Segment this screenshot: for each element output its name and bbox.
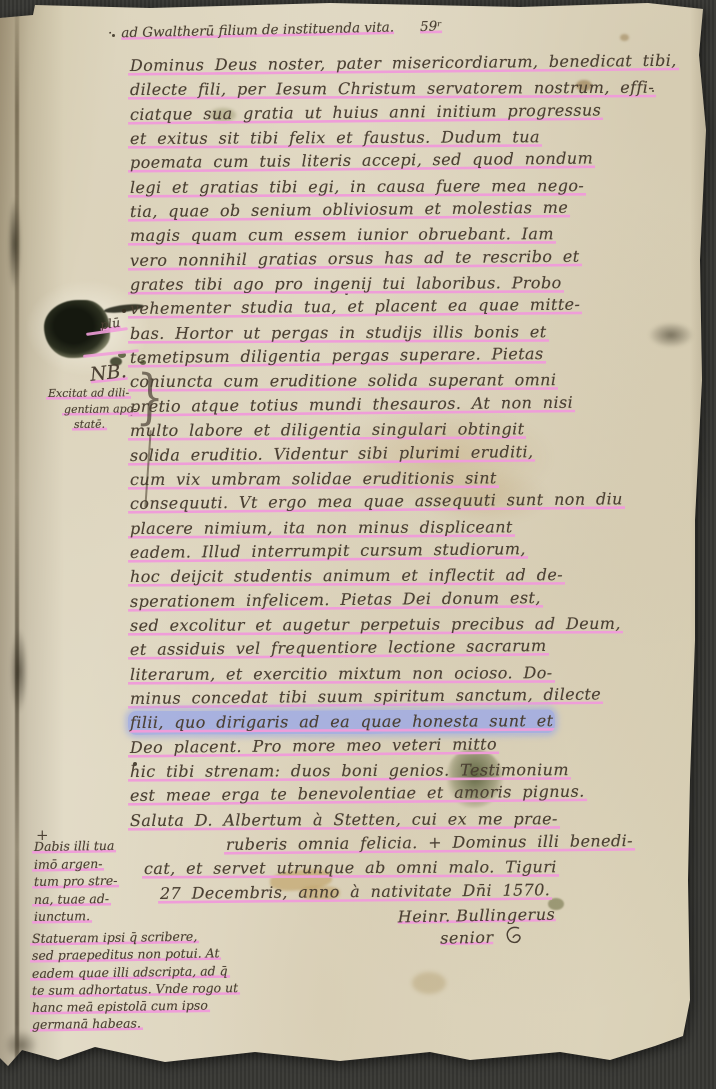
margin-note-text: iunctum. <box>32 907 92 925</box>
binding-gutter-shadow <box>0 0 64 1089</box>
letter-body: Dominus Deus noster, pater misericordiar… <box>128 54 703 906</box>
line-text: multo labore et diligentia singulari obt… <box>128 417 527 443</box>
header-title: ad Gwaltherū filium de instituenda vita. <box>121 20 394 42</box>
manuscript-line: minus concedat tibi suum spiritum sanctu… <box>128 687 703 711</box>
brace-mark: } <box>135 362 165 432</box>
margin-note-line: na, tuae ad- <box>32 891 144 909</box>
ink-dot <box>122 309 126 313</box>
header-bullet: · <box>108 25 113 41</box>
manuscript-line: placere nimium, ita non minus displicean… <box>128 517 703 541</box>
line-text: minus concedat tibi suum spiritum sanctu… <box>128 682 603 711</box>
margin-note-line: Dabis illi tua <box>32 838 144 856</box>
margin-note-text: imō argen- <box>32 854 105 873</box>
line-text: Deo placent. Pro more meo veteri mitto <box>128 732 499 760</box>
margin-note-text: gentiam apo- <box>62 401 139 417</box>
margin-note-line: imō argen- <box>32 856 144 874</box>
margin-note-text: na, tuae ad- <box>32 889 111 908</box>
line-text: consequuti. Vt ergo mea quae assequuti s… <box>128 487 625 516</box>
signature-rank: senior <box>440 928 494 948</box>
margin-note-text: germanā habeas. <box>30 1015 143 1034</box>
folio-number: 59ʳ <box>420 19 442 35</box>
margin-note-line: germanā habeas. <box>30 1016 255 1033</box>
line-text: ruberis omnia felicia. + Dominus illi be… <box>224 829 635 857</box>
line-text: vehementer studia tua, et placent ea qua… <box>128 293 583 322</box>
crease-dark-streak <box>8 198 21 290</box>
line-text: Saluta D. Albertum à Stetten, cui ex me … <box>128 807 560 833</box>
manuscript-line: cat, et servet utrunque ab omni malo. Ti… <box>128 857 703 881</box>
margin-note-text: sed praepeditus non potui. At <box>30 945 222 965</box>
faint-stain <box>412 972 446 994</box>
line-text: pretio atque totius mundi thesauros. At … <box>128 391 575 420</box>
manuscript-line: Deo placent. Pro more meo veteri mitto <box>128 736 703 760</box>
brown-spot <box>620 34 629 41</box>
manuscript-line: ruberis omnia felicia. + Dominus illi be… <box>128 833 703 857</box>
line-text: sed excolitur et augetur perpetuis preci… <box>128 612 623 639</box>
line-text: poemata cum tuis literis accepi, sed quo… <box>128 147 595 176</box>
line-text: solida eruditio. Videntur sibi plurimi e… <box>128 440 536 468</box>
signature-name: Heinr. Bullingerus <box>398 905 556 927</box>
fold-crease <box>15 0 19 1089</box>
signature-block: Heinr. Bullingerus senior <box>398 905 556 955</box>
margin-note-line: tum pro stre- <box>32 873 144 891</box>
manuscript-line: coniuncta cum eruditione solida superant… <box>128 370 703 394</box>
manuscript-line: solida eruditio. Videntur sibi plurimi e… <box>128 444 703 468</box>
margin-note-text: statē. <box>72 417 107 433</box>
manuscript-line: dilecte fili, per Iesum Christum servato… <box>128 78 703 102</box>
manuscript-line: temetipsum diligentia pergas superare. P… <box>128 346 703 370</box>
manuscript-line: 27 Decembris, anno à nativitate Dn̄i 157… <box>128 882 703 906</box>
margin-note-text: hanc meā epistolā cum ipso <box>30 997 210 1017</box>
line-text: et assiduis vel frequentiore lectione sa… <box>128 634 549 662</box>
manuscript-page: ·ad Gwaltherū filium de instituenda vita… <box>0 0 716 1089</box>
margin-insertion-note: Dabis illi tuaimō argen-tum pro stre-na,… <box>32 838 144 926</box>
manuscript-line: poemata cum tuis literis accepi, sed quo… <box>128 151 703 175</box>
margin-note-text: tum pro stre- <box>32 872 120 891</box>
margin-postscript-note: Statueram ipsi q̄ scribere,sed praepedit… <box>30 930 255 1034</box>
nb-label: NB. <box>89 360 128 386</box>
paper-wrapper: ·ad Gwaltherū filium de instituenda vita… <box>0 0 716 1089</box>
margin-note-text: Excitat ad dili- <box>46 385 131 401</box>
crease-dark-blob <box>10 628 28 714</box>
corner-smudge <box>4 1030 38 1060</box>
line-text: vero nonnihil gratias orsus has ad te re… <box>128 244 582 273</box>
paraph-flourish-icon <box>503 924 525 952</box>
line-text: ciatque sua gratia ut huius anni initium… <box>128 98 603 127</box>
manuscript-line: pretio atque totius mundi thesauros. At … <box>128 395 703 419</box>
line-text: Dominus Deus noster, pater misericordiar… <box>128 49 679 79</box>
manuscript-line: vehementer studia tua, et placent ea qua… <box>128 297 703 321</box>
manuscript-line: vero nonnihil gratias orsus has ad te re… <box>128 249 703 273</box>
manuscript-line: consequuti. Vt ergo mea quae assequuti s… <box>128 492 703 516</box>
manuscript-line: ciatque sua gratia ut huius anni initium… <box>128 103 703 127</box>
manuscript-line: filii, quo dirigaris ad ea quae honesta … <box>128 711 703 735</box>
manuscript-line: magis quam cum essem iunior obruebant. I… <box>128 224 703 248</box>
manuscript-line: est meae erga te benevolentiae et amoris… <box>128 784 703 808</box>
line-text: tia, quae ob senium obliviosum et molest… <box>128 196 570 225</box>
manuscript-line: eadem. Illud interrumpit cursum studioru… <box>128 541 703 565</box>
manuscript-line: et assiduis vel frequentiore lectione sa… <box>128 638 703 662</box>
manuscript-line: Dominus Deus noster, pater misericordiar… <box>128 54 703 78</box>
manuscript-line: sperationem infelicem. Pietas Dei donum … <box>128 590 703 614</box>
margin-note-text: Dabis illi tua <box>32 837 117 856</box>
line-text: 27 Decembris, anno à nativitate Dn̄i 157… <box>158 878 552 906</box>
margin-note-line: iunctum. <box>32 908 144 926</box>
manuscript-line: multo labore et diligentia singulari obt… <box>128 419 703 443</box>
line-text: sperationem infelicem. Pietas Dei donum … <box>128 586 543 614</box>
manuscript-line: hoc deijcit studentis animum et inflecti… <box>128 565 703 589</box>
line-text: temetipsum diligentia pergas superare. P… <box>128 342 546 370</box>
line-text: est meae erga te benevolentiae et amoris… <box>128 780 587 809</box>
manuscript-line: tia, quae ob senium obliviosum et molest… <box>128 200 703 224</box>
header-line: ·ad Gwaltherū filium de instituenda vita… <box>108 19 442 42</box>
line-text: eadem. Illud interrumpit cursum studioru… <box>128 537 528 565</box>
manuscript-scan: ·ad Gwaltherū filium de instituenda vita… <box>0 0 716 1089</box>
